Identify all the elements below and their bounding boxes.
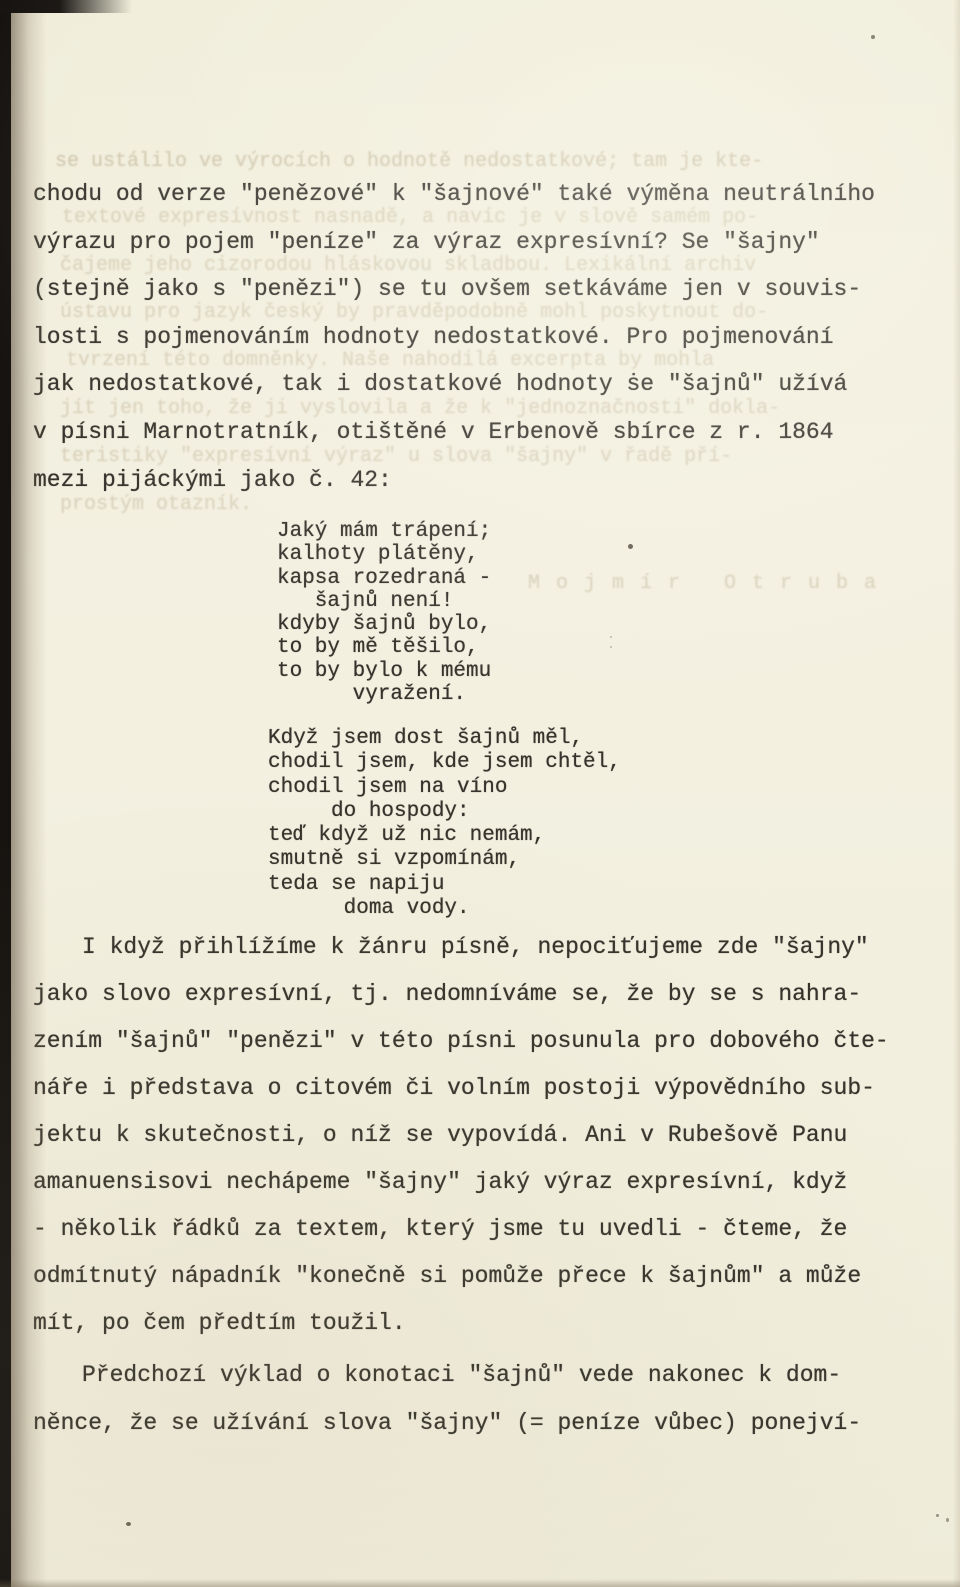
- text-line: losti s pojmenováním hodnoty nedostatkov…: [33, 314, 875, 362]
- ink-speck: [126, 1522, 131, 1526]
- text-line: - několik řádků za textem, který jsme tu…: [33, 1206, 889, 1253]
- text-line: jektu k skutečnosti, o níž se vypovídá. …: [33, 1112, 889, 1159]
- ink-speck: [936, 1514, 939, 1517]
- ink-speck: [628, 544, 633, 549]
- text-line: náře i představa o citovém či volním pos…: [33, 1065, 889, 1112]
- text-line: v písni Marnotratník, otištěné v Erbenov…: [33, 409, 875, 457]
- text-line: mít, po čem předtím toužil.: [33, 1300, 889, 1347]
- text-line: I když přihlížíme k žánru písně, nepociť…: [33, 924, 889, 971]
- poem-line: kapsa rozedraná -: [277, 567, 491, 590]
- text-line: zením "šajnů" "penězi" v této písni posu…: [33, 1018, 889, 1065]
- text-line: chodu od verze "penězové" k "šajnové" ta…: [33, 171, 875, 219]
- poem-line: Když jsem dost šajnů měl,: [268, 727, 621, 751]
- text-line: (stejně jako s "penězi") se tu ovšem set…: [33, 266, 875, 314]
- poem-line: kalhoty plátěny,: [277, 543, 491, 566]
- book-gutter-edge: [0, 0, 11, 1587]
- poem-line: teda se napiju: [268, 873, 621, 897]
- top-edge-shadow: [0, 0, 132, 13]
- paragraph-3: Předchozí výklad o konotaci "šajnů" vede…: [33, 1351, 861, 1447]
- poem-stanza-1: Jaký mám trápení; kalhoty plátěny, kapsa…: [277, 520, 491, 706]
- ink-speck: [610, 646, 612, 648]
- poem-line: chodil jsem na víno: [268, 776, 621, 800]
- poem-line: kdyby šajnů bylo,: [277, 613, 491, 636]
- poem-line: šajnů není!: [277, 590, 491, 613]
- poem-line: vyražení.: [277, 683, 491, 706]
- text-line: odmítnutý nápadník "konečně si pomůže př…: [33, 1253, 889, 1300]
- ink-speck: [946, 1518, 949, 1522]
- gutter-shadow: [11, 0, 47, 1587]
- right-edge-shadow: [953, 0, 960, 1587]
- text-line: jak nedostatkové, tak i dostatkové hodno…: [33, 361, 875, 409]
- poem-line: smutně si vzpomínám,: [268, 848, 621, 872]
- poem-line: to by mě těšilo,: [277, 636, 491, 659]
- text-line: amanuensisovi nechápeme "šajny" jaký výr…: [33, 1159, 889, 1206]
- ink-speck: [610, 636, 612, 638]
- paragraph-1: chodu od verze "penězové" k "šajnové" ta…: [33, 171, 875, 504]
- bleedthrough-line: se ustálilo ve výrocích o hodnotě nedost…: [55, 150, 763, 173]
- text-line: mezi pijáckými jako č. 42:: [33, 457, 875, 505]
- scanned-book-page: se ustálilo ve výrocích o hodnotě nedost…: [0, 0, 960, 1587]
- bottom-edge-shadow: [0, 1579, 960, 1587]
- text-line: jako slovo expresívní, tj. nedomníváme s…: [33, 971, 889, 1018]
- text-line: Předchozí výklad o konotaci "šajnů" vede…: [33, 1351, 861, 1399]
- bleedthrough-author-name: M o j m í r O t r u b a: [528, 572, 878, 595]
- poem-line: Jaký mám trápení;: [277, 520, 491, 543]
- poem-line: doma vody.: [268, 897, 621, 921]
- text-line: něnce, že se užívání slova "šajny" (= pe…: [33, 1399, 861, 1447]
- poem-line: to by bylo k mému: [277, 660, 491, 683]
- poem-line: teď když už nic nemám,: [268, 824, 621, 848]
- poem-stanza-2: Když jsem dost šajnů měl, chodil jsem, k…: [268, 727, 621, 921]
- ink-speck: [871, 35, 875, 39]
- poem-line: chodil jsem, kde jsem chtěl,: [268, 751, 621, 775]
- paragraph-2: I když přihlížíme k žánru písně, nepociť…: [33, 924, 889, 1347]
- poem-line: do hospody:: [268, 800, 621, 824]
- text-line: výrazu pro pojem "peníze" za výraz expre…: [33, 219, 875, 267]
